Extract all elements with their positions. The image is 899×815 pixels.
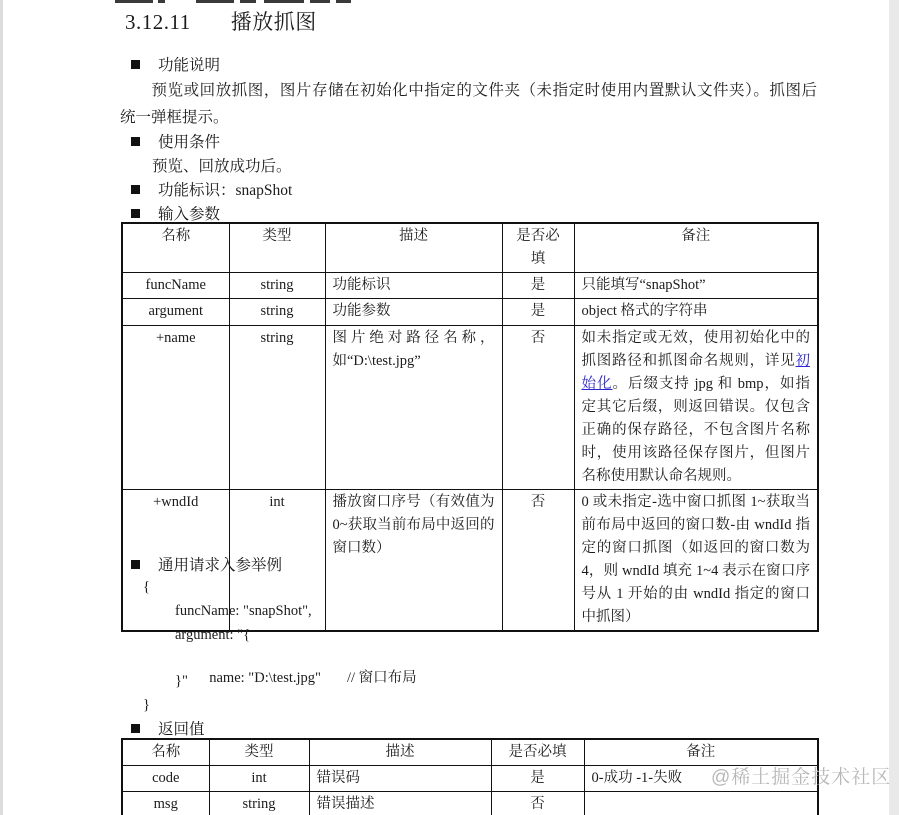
cell-note: object 格式的字符串 (574, 299, 818, 326)
bullet-condition: 使用条件 (131, 130, 220, 152)
cell-name: code (122, 766, 209, 792)
cell-desc: 功能参数 (325, 299, 502, 326)
cell-required: 否 (502, 326, 574, 490)
section-title-text: 播放抓图 (231, 10, 317, 34)
bullet-input-params: 输入参数 (131, 202, 220, 224)
col-header-type: 类型 (209, 739, 309, 766)
square-bullet-icon (131, 209, 140, 218)
cell-note: 只能填写“snapShot” (574, 273, 818, 299)
bullet-func-desc: 功能说明 (131, 53, 220, 75)
table-row-msg: msg string 错误描述 否 (122, 792, 818, 815)
cell-type: string (209, 792, 309, 815)
func-desc-paragraph-line1: 预览或回放抓图，图片存储在初始化中指定的文件夹（未指定时使用内置默认文件夹）。抓… (120, 77, 817, 104)
col-header-type: 类型 (229, 223, 325, 273)
cell-note: 如未指定或无效，使用初始化中的抓图路径和抓图命名规则，详见初始化。后缀支持 jp… (574, 326, 818, 490)
table-row-funcName: funcName string 功能标识 是 只能填写“snapShot” (122, 273, 818, 299)
cell-type: string (229, 273, 325, 299)
bullet-label: 使用条件 (158, 134, 220, 151)
section-title: 3.12.11播放抓图 (125, 6, 317, 36)
bullet-request-example: 通用请求入参举例 (131, 553, 282, 575)
cell-required: 是 (502, 299, 574, 326)
bullet-label: 功能标识：snapShot (158, 182, 292, 199)
cell-type: string (229, 326, 325, 490)
table-row-argument: argument string 功能参数 是 object 格式的字符串 (122, 299, 818, 326)
cell-desc: 图片绝对路径名称，如“D:\test.jpg” (325, 326, 502, 490)
code-line-close-quote-brace: }" (175, 671, 188, 691)
square-bullet-icon (131, 560, 140, 569)
bullet-label: 功能说明 (158, 57, 220, 74)
bullet-label: 通用请求入参举例 (158, 557, 282, 574)
page-right-edge (889, 0, 899, 815)
col-header-required: 是否必填 (502, 223, 574, 273)
table-row-name-param: +name string 图片绝对路径名称，如“D:\test.jpg” 否 如… (122, 326, 818, 490)
code-line-argument: argument: "{ (175, 625, 250, 645)
cell-name: funcName (122, 273, 229, 299)
code-line-close-brace: } (143, 695, 150, 715)
bullet-func-id: 功能标识：snapShot (131, 178, 292, 200)
cell-required: 否 (491, 792, 584, 815)
code-line-name-value: name: "D:\test.jpg"// 窗口布局 (202, 648, 417, 688)
square-bullet-icon (131, 724, 140, 733)
bullet-label: 输入参数 (158, 206, 220, 223)
code-line-funcname: funcName: "snapShot", (175, 601, 312, 621)
code-comment: // 窗口布局 (347, 670, 417, 686)
cell-desc: 错误码 (309, 766, 491, 792)
code-line-open-brace: { (143, 577, 150, 597)
condition-paragraph: 预览、回放成功后。 (152, 153, 817, 180)
cell-desc: 播放窗口序号（有效值为 0~获取当前布局中返回的窗口数） (325, 490, 502, 632)
section-number: 3.12.11 (125, 10, 191, 34)
note-text-pre: 如未指定或无效，使用初始化中的抓图路径和抓图命名规则，详见 (582, 330, 811, 369)
cell-type: int (209, 766, 309, 792)
code-text: name: "D:\test.jpg" (209, 670, 321, 686)
col-header-note: 备注 (574, 223, 818, 273)
cell-desc: 错误描述 (309, 792, 491, 815)
cell-name: +name (122, 326, 229, 490)
cell-note: 0 或未指定-选中窗口抓图 1~获取当前布局中返回的窗口数-由 wndId 指定… (574, 490, 818, 632)
table-header-row: 名称 类型 描述 是否必填 备注 (122, 223, 818, 273)
cell-required: 是 (502, 273, 574, 299)
bullet-label: 返回值 (158, 721, 205, 738)
site-watermark: @稀土掘金技术社区 (711, 762, 891, 789)
square-bullet-icon (131, 185, 140, 194)
cell-name: msg (122, 792, 209, 815)
col-header-desc: 描述 (325, 223, 502, 273)
col-header-name: 名称 (122, 223, 229, 273)
cell-desc: 功能标识 (325, 273, 502, 299)
func-desc-paragraph-line2: 统一弹框提示。 (120, 104, 817, 131)
col-header-required: 是否必填 (491, 739, 584, 766)
cell-name: argument (122, 299, 229, 326)
col-header-desc: 描述 (309, 739, 491, 766)
cell-note (584, 792, 818, 815)
col-header-name: 名称 (122, 739, 209, 766)
cell-required: 否 (502, 490, 574, 632)
page-left-edge (0, 0, 3, 815)
square-bullet-icon (131, 60, 140, 69)
cell-type: string (229, 299, 325, 326)
cell-required: 是 (491, 766, 584, 792)
square-bullet-icon (131, 137, 140, 146)
bullet-return-value: 返回值 (131, 717, 205, 739)
note-text-post: 。后缀支持 jpg 和 bmp，如指定其它后缀，则返回错误。仅包含正确的保存路径… (582, 376, 811, 484)
